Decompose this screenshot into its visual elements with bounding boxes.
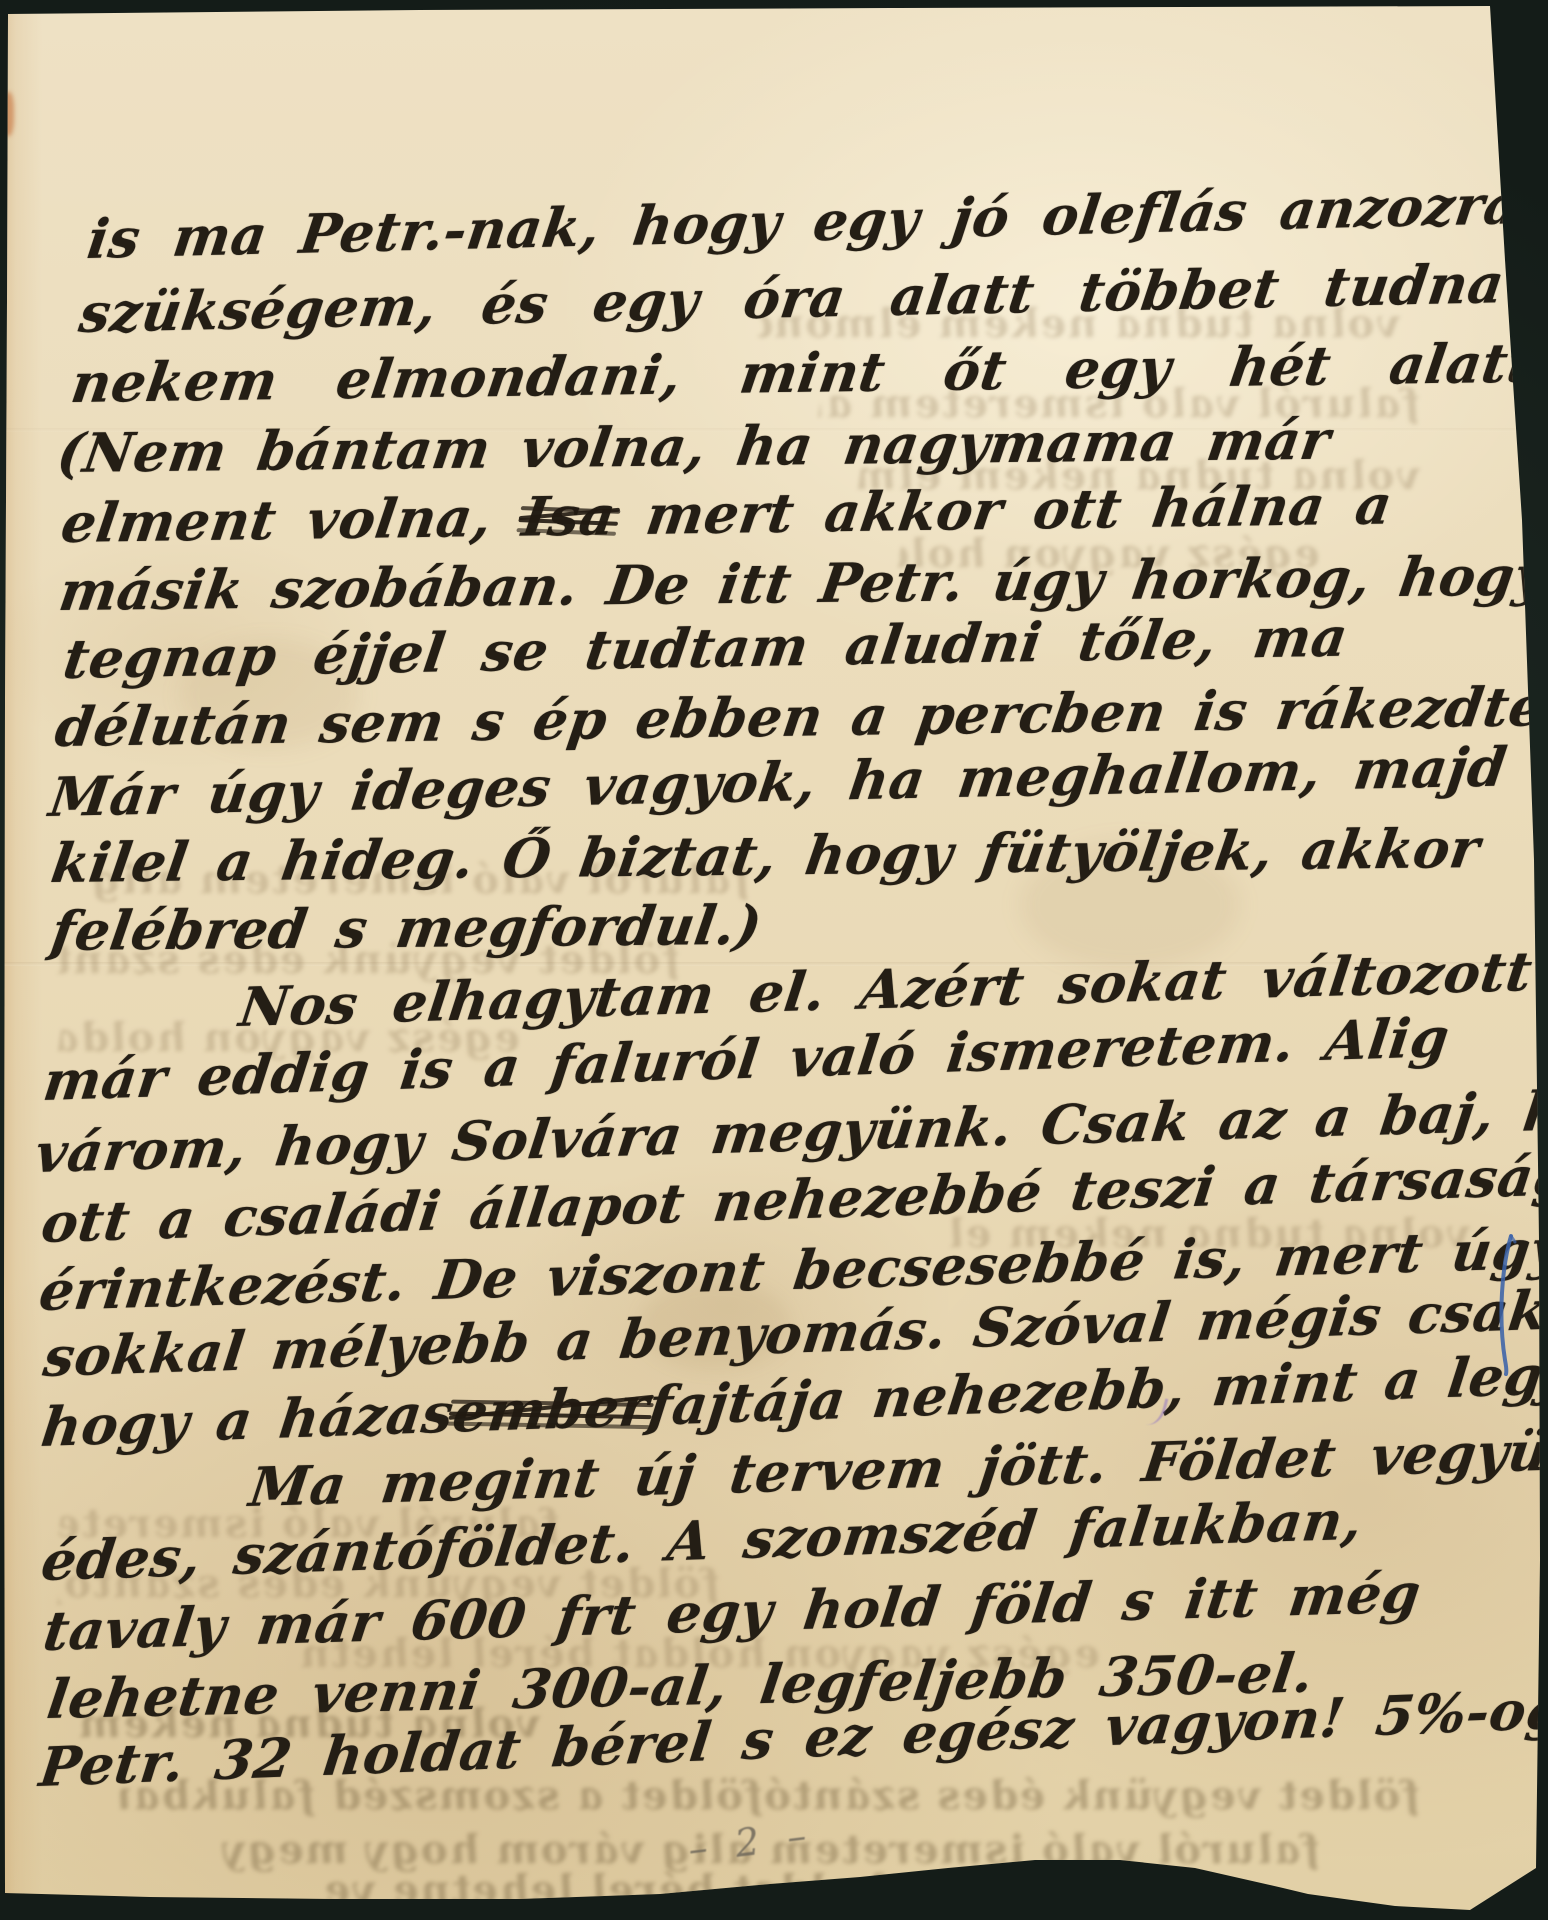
bleedthrough-line: egész vagyon holdat bérel lehetne venni …	[317, 1866, 1224, 1913]
handwriting-line: felébred s megfordul.)	[48, 898, 766, 958]
line-segment: elment volna,	[57, 485, 527, 555]
handwriting-line: tegnap éjjel se tudtam aludni tőle, ma	[60, 610, 1351, 686]
line-segment: mert akkor ott hálna a	[611, 472, 1396, 547]
scanned-letter-page: volna tudna nekem elmondani hogy akkor t…	[0, 0, 1548, 1920]
crossed-out-word: ember	[450, 1379, 652, 1440]
letter-paper: volna tudna nekem elmondani hogy akkor t…	[0, 0, 1548, 1920]
blue-margin-mark	[1492, 1232, 1518, 1377]
handwriting-line: elment volna, Isa mert akkor ott hálna a	[58, 477, 1395, 550]
edge-stain	[2, 92, 14, 136]
crossed-out-word: Isa	[519, 488, 619, 543]
line-segment: hogy a házas	[38, 1381, 457, 1459]
handwriting-line: is ma Petr.-nak, hogy egy jó oleflás anz…	[84, 172, 1548, 266]
handwriting-line: (Nem bántam volna, ha nagymama már	[54, 413, 1334, 480]
handwriting-line: kilel a hideg. Ő biztat, hogy fütyöljek,…	[48, 821, 1483, 890]
